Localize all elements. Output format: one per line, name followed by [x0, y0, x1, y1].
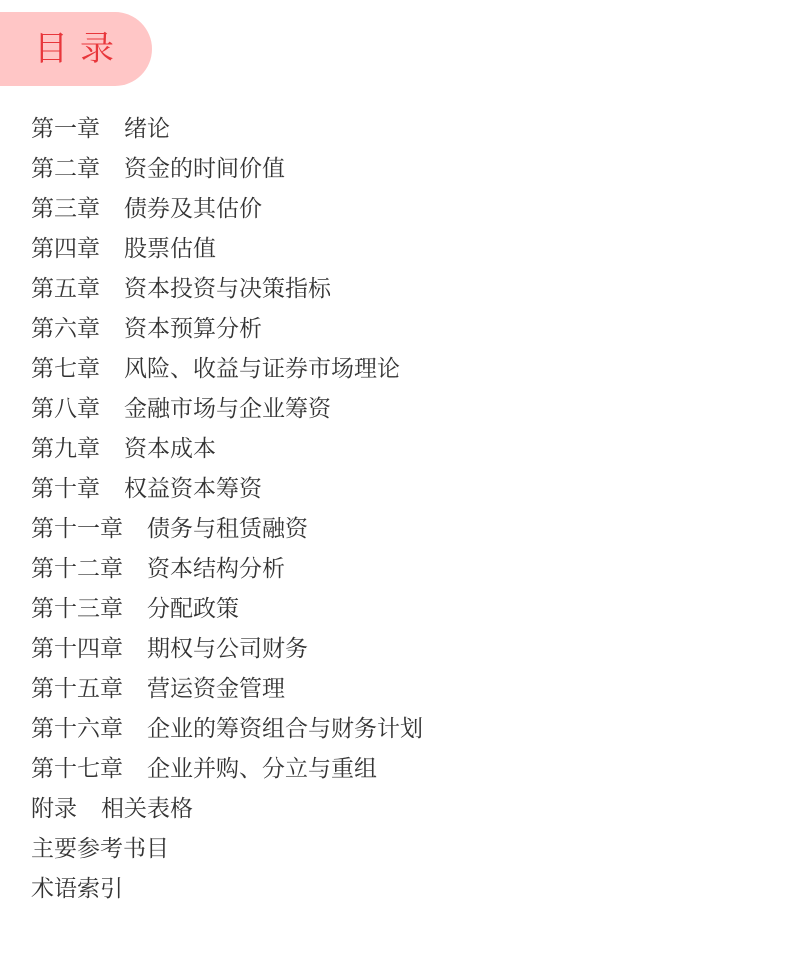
chapter-title: 资本成本 [124, 436, 216, 462]
section-label: 主要参考书目 [31, 829, 169, 869]
chapter-number: 第十五章 [31, 669, 123, 709]
chapter-title: 资本结构分析 [147, 556, 285, 582]
page-title: 目录 [34, 12, 126, 86]
toc-item-ch17[interactable]: 第十七章企业并购、分立与重组 [31, 749, 423, 789]
toc-item-references[interactable]: 主要参考书目 [31, 829, 423, 869]
toc-item-ch12[interactable]: 第十二章资本结构分析 [31, 549, 423, 589]
chapter-title: 风险、收益与证券市场理论 [124, 356, 400, 382]
chapter-title: 期权与公司财务 [147, 636, 308, 662]
chapter-title: 资本投资与决策指标 [124, 276, 331, 302]
chapter-number: 第十二章 [31, 549, 123, 589]
chapter-number: 第十一章 [31, 509, 123, 549]
toc-item-appendix[interactable]: 附录相关表格 [31, 789, 423, 829]
chapter-title: 债券及其估价 [124, 196, 262, 222]
toc-item-ch11[interactable]: 第十一章债务与租赁融资 [31, 509, 423, 549]
toc-item-ch15[interactable]: 第十五章营运资金管理 [31, 669, 423, 709]
section-label: 附录 [31, 789, 77, 829]
chapter-number: 第十四章 [31, 629, 123, 669]
chapter-number: 第一章 [31, 109, 100, 149]
toc-item-ch8[interactable]: 第八章金融市场与企业筹资 [31, 389, 423, 429]
toc-item-ch7[interactable]: 第七章风险、收益与证券市场理论 [31, 349, 423, 389]
chapter-title: 绪论 [124, 116, 170, 142]
chapter-number: 第十章 [31, 469, 100, 509]
chapter-title: 资本预算分析 [124, 316, 262, 342]
table-of-contents: 第一章绪论 第二章资金的时间价值 第三章债券及其估价 第四章股票估值 第五章资本… [31, 109, 423, 909]
toc-item-ch13[interactable]: 第十三章分配政策 [31, 589, 423, 629]
toc-item-ch5[interactable]: 第五章资本投资与决策指标 [31, 269, 423, 309]
toc-item-ch14[interactable]: 第十四章期权与公司财务 [31, 629, 423, 669]
toc-item-ch1[interactable]: 第一章绪论 [31, 109, 423, 149]
chapter-number: 第九章 [31, 429, 100, 469]
chapter-number: 第五章 [31, 269, 100, 309]
chapter-number: 第七章 [31, 349, 100, 389]
chapter-number: 第十三章 [31, 589, 123, 629]
chapter-number: 第十七章 [31, 749, 123, 789]
toc-item-glossary-index[interactable]: 术语索引 [31, 869, 423, 909]
toc-item-ch6[interactable]: 第六章资本预算分析 [31, 309, 423, 349]
chapter-number: 第四章 [31, 229, 100, 269]
chapter-number: 第八章 [31, 389, 100, 429]
chapter-title: 企业并购、分立与重组 [147, 756, 377, 782]
chapter-title: 营运资金管理 [147, 676, 285, 702]
chapter-number: 第十六章 [31, 709, 123, 749]
toc-item-ch2[interactable]: 第二章资金的时间价值 [31, 149, 423, 189]
chapter-title: 企业的筹资组合与财务计划 [147, 716, 423, 742]
toc-item-ch9[interactable]: 第九章资本成本 [31, 429, 423, 469]
chapter-title: 金融市场与企业筹资 [124, 396, 331, 422]
toc-item-ch4[interactable]: 第四章股票估值 [31, 229, 423, 269]
toc-item-ch3[interactable]: 第三章债券及其估价 [31, 189, 423, 229]
toc-item-ch16[interactable]: 第十六章企业的筹资组合与财务计划 [31, 709, 423, 749]
chapter-title: 资金的时间价值 [124, 156, 285, 182]
section-title: 相关表格 [101, 796, 193, 822]
chapter-number: 第二章 [31, 149, 100, 189]
chapter-title: 分配政策 [147, 596, 239, 622]
chapter-number: 第六章 [31, 309, 100, 349]
chapter-number: 第三章 [31, 189, 100, 229]
chapter-title: 权益资本筹资 [124, 476, 262, 502]
section-label: 术语索引 [31, 869, 123, 909]
toc-item-ch10[interactable]: 第十章权益资本筹资 [31, 469, 423, 509]
chapter-title: 股票估值 [124, 236, 216, 262]
chapter-title: 债务与租赁融资 [147, 516, 308, 542]
